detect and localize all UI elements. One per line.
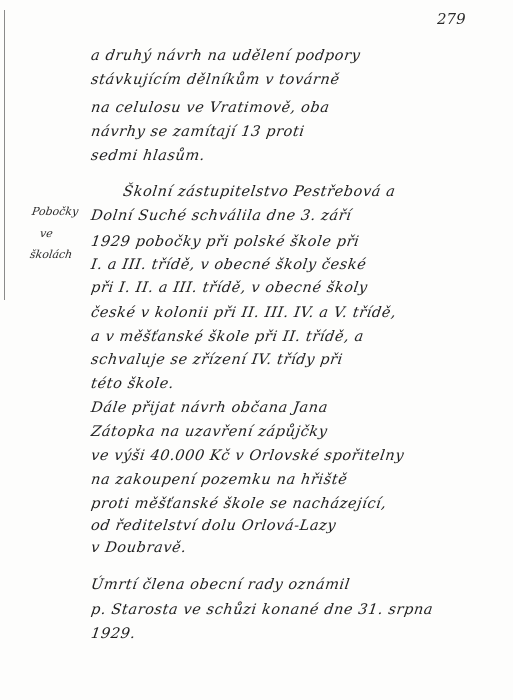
text-line: od ředitelství dolu Orlová-Lazy — [90, 518, 337, 534]
text-line: Zátopka na uzavření zápůjčky — [90, 424, 329, 440]
text-line: návrhy se zamítají 13 proti — [90, 124, 306, 140]
text-line: ve výši 40.000 Kč v Orlovské spořitelny — [90, 448, 405, 464]
text-line: na celulosu ve Vratimově, oba — [90, 100, 331, 116]
text-line: a druhý návrh na udělení podpory — [90, 48, 361, 64]
text-line: české v kolonii při II. III. IV. a V. tř… — [90, 305, 397, 321]
page-number: 279 — [437, 10, 466, 28]
margin-note-line: školách — [29, 248, 73, 261]
margin-note-line: ve — [39, 227, 54, 240]
manuscript-page: 279 Pobočky ve školách a druhý návrh na … — [0, 0, 513, 700]
margin-rule — [4, 10, 5, 300]
text-line: Školní zástupitelstvo Pestřebová a — [122, 184, 397, 200]
text-line: 1929. — [90, 626, 137, 642]
margin-note-line: Pobočky — [31, 205, 79, 218]
text-line: I. a III. třídě, v obecné školy české — [90, 257, 367, 273]
text-line: v Doubravě. — [90, 540, 188, 556]
text-line: na zakoupení pozemku na hřiště — [90, 472, 348, 488]
text-line: Dále přijat návrh občana Jana — [90, 400, 329, 416]
text-line: Dolní Suché schválila dne 3. září — [90, 208, 353, 224]
text-line: sedmi hlasům. — [90, 148, 206, 164]
text-line: stávkujícím dělníkům v továrně — [90, 72, 341, 88]
text-line: proti měšťanské škole se nacházející, — [90, 496, 388, 512]
text-line: při I. II. a III. třídě, v obecné školy — [90, 280, 369, 296]
text-line: této škole. — [90, 376, 175, 392]
text-line: a v měšťanské škole při II. třídě, a — [90, 329, 365, 345]
text-line: Úmrtí člena obecní rady oznámil — [90, 577, 351, 593]
text-line: 1929 pobočky při polské škole při — [90, 234, 360, 250]
text-line: p. Starosta ve schůzi konané dne 31. srp… — [90, 602, 434, 618]
text-line: schvaluje se zřízení IV. třídy při — [90, 352, 344, 368]
